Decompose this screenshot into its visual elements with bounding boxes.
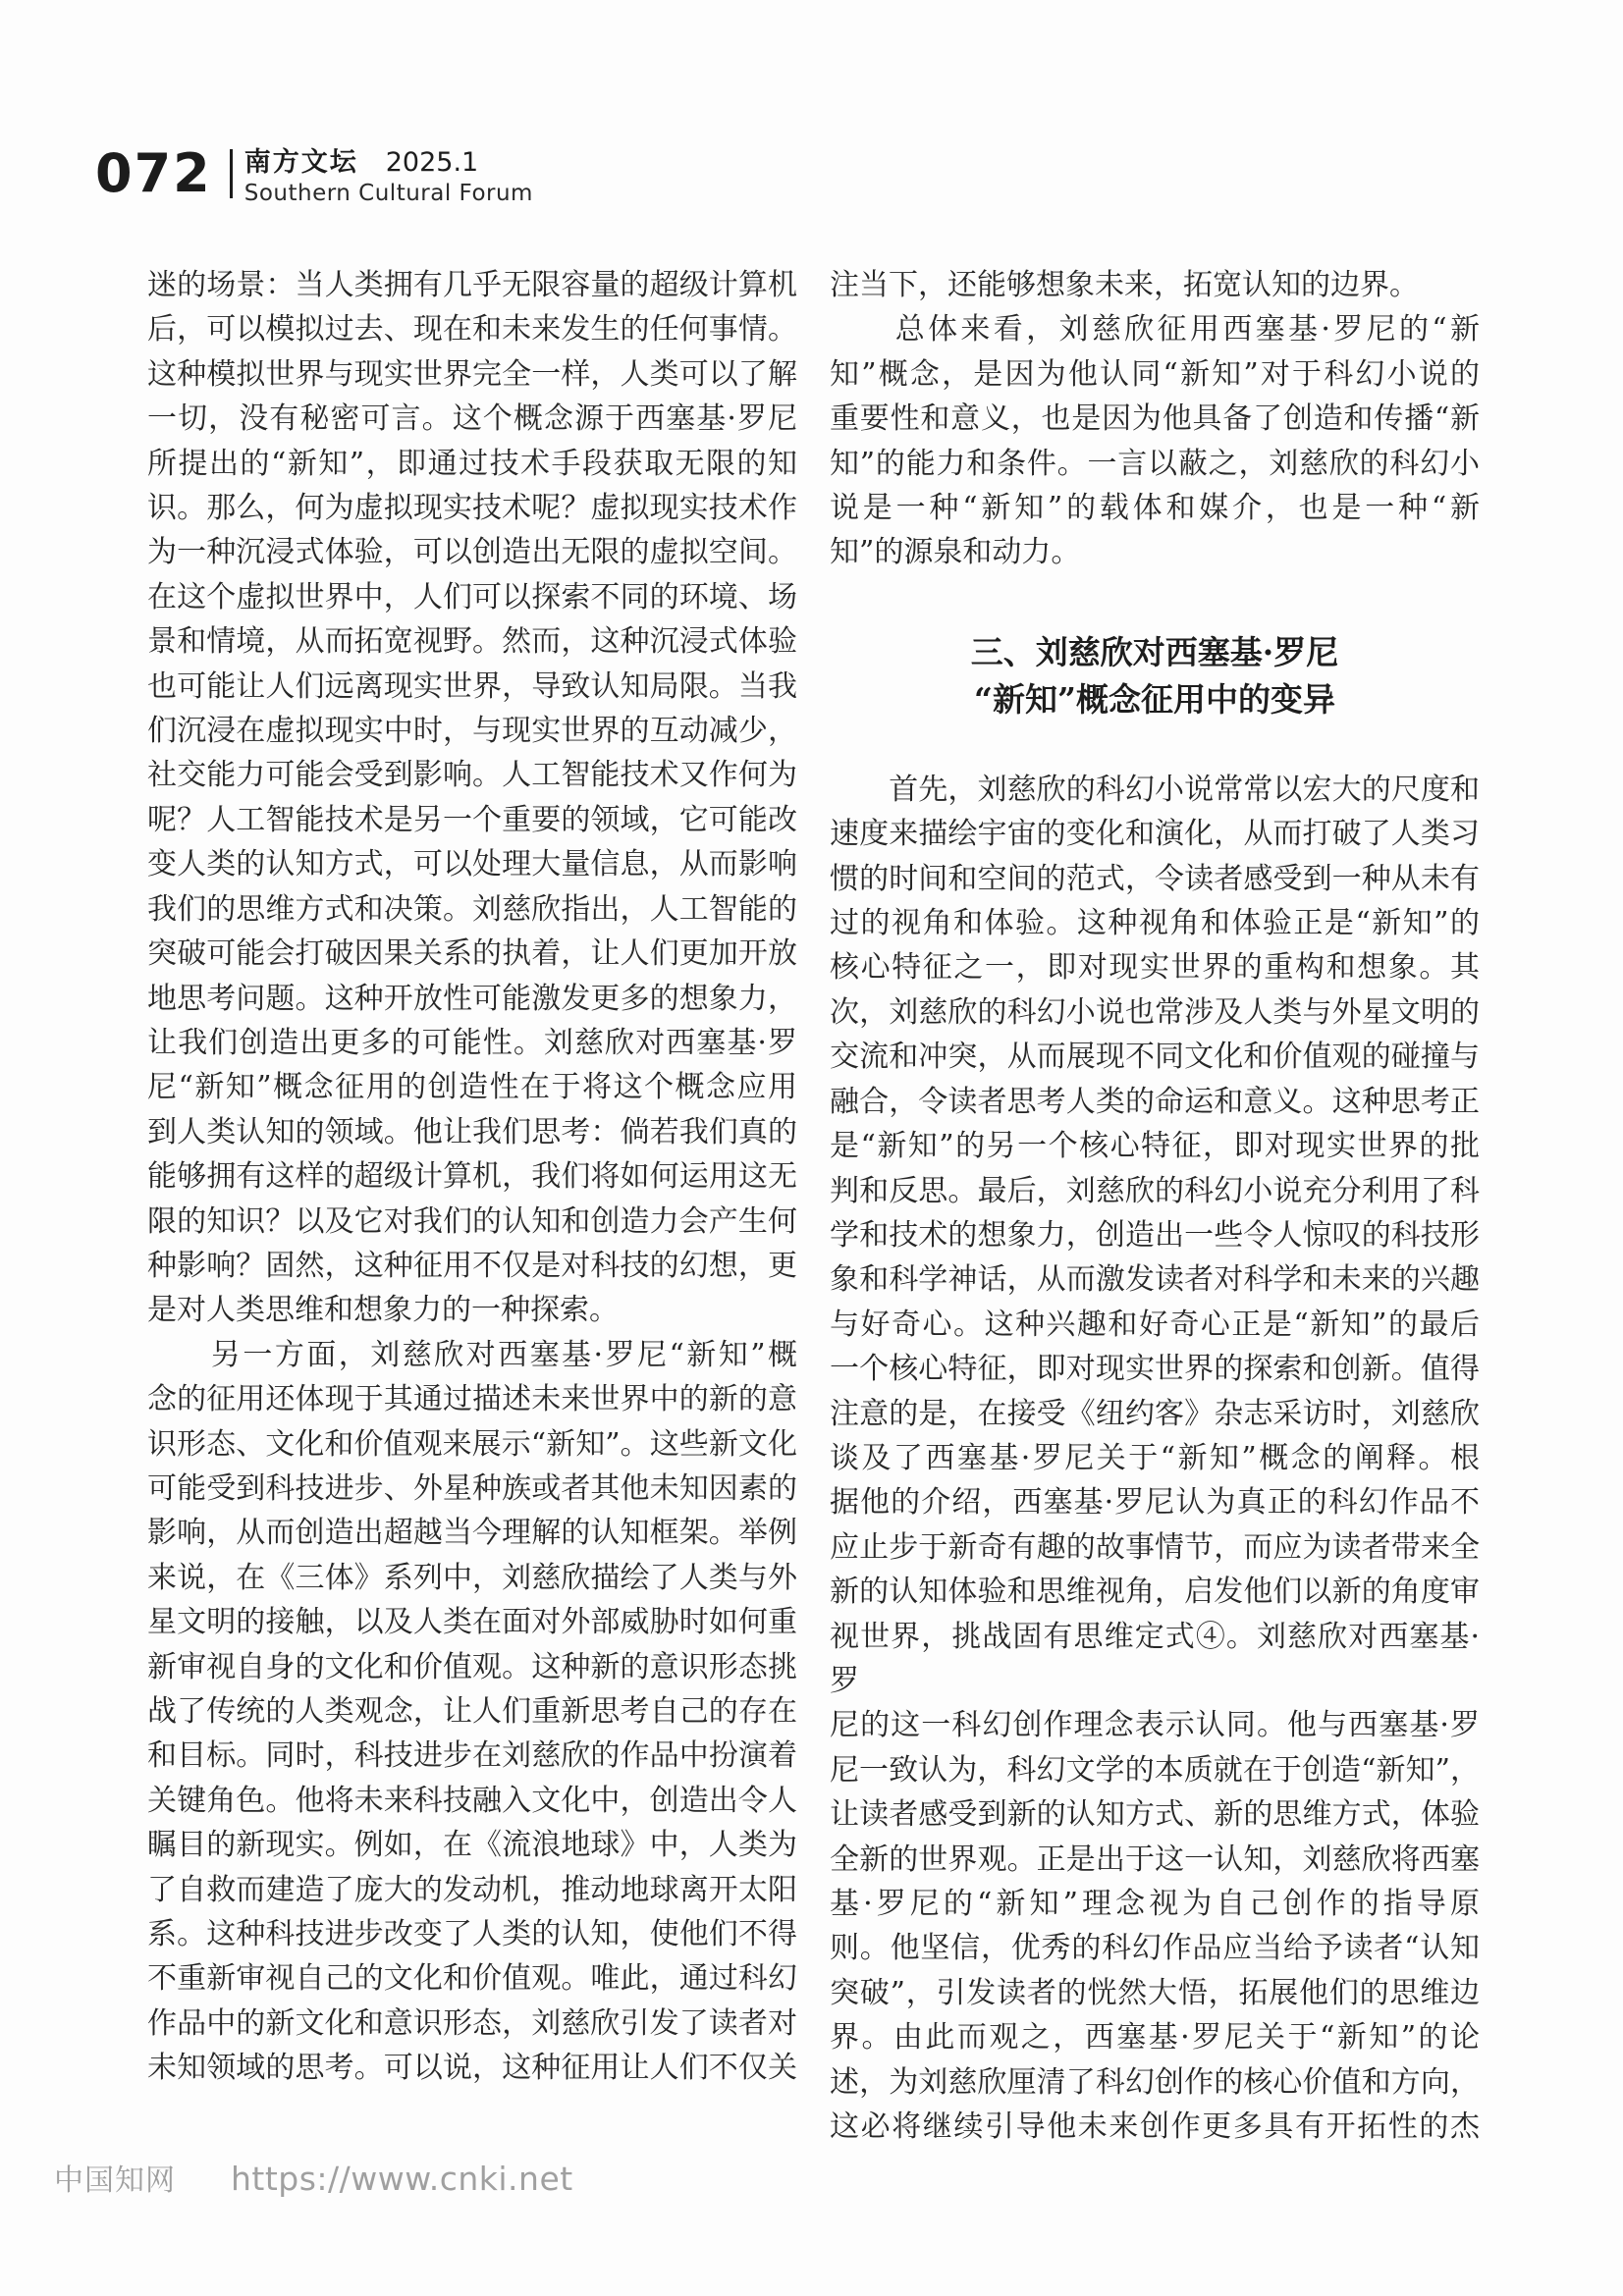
text-line: 则。他坚信，优秀的科幻作品应当给予读者“认知	[830, 1926, 1480, 1970]
text-line: 这种模拟世界与现实世界完全一样，人类可以了解	[147, 352, 797, 397]
text-line: 过的视角和体验。这种视角和体验正是“新知”的	[830, 901, 1480, 945]
text-line: 突破”，引发读者的恍然大悟，拓展他们的思维边	[830, 1971, 1480, 2015]
text-line: 我们的思维方式和决策。刘慈欣指出，人工智能的	[147, 887, 797, 932]
cnki-site-name: 中国知网	[54, 2156, 176, 2199]
page-number: 072	[95, 147, 212, 200]
right-column: 注当下，还能够想象未来，拓宽认知的边界。 总体来看，刘慈欣征用西塞基·罗尼的“新…	[830, 263, 1480, 2149]
text-line: 视世界，挑战固有思维定式④。刘慈欣对西塞基·罗	[830, 1615, 1480, 1704]
left-column: 迷的场景：当人类拥有几乎无限容量的超级计算机后，可以模拟过去、现在和未来发生的任…	[147, 263, 797, 2149]
text-line: 限的知识？以及它对我们的认知和创造力会产生何	[147, 1200, 797, 1244]
journal-issue: 2025.1	[386, 147, 478, 178]
journal-title-block: 南方文坛 2025.1 Southern Cultural Forum	[244, 140, 533, 206]
text-line: 识。那么，何为虚拟现实技术呢？虚拟现实技术作	[147, 486, 797, 530]
text-line: 后，可以模拟过去、现在和未来发生的任何事情。	[147, 307, 797, 351]
text-line: 知”的能力和条件。一言以蔽之，刘慈欣的科幻小	[830, 442, 1480, 486]
text-line: 不重新审视自己的文化和价值观。唯此，通过科幻	[147, 1956, 797, 2001]
text-line: 尼“新知”概念征用的创造性在于将这个概念应用	[147, 1065, 797, 1109]
text-line: 景和情境，从而拓宽视野。然而，这种沉浸式体验	[147, 619, 797, 664]
text-line: 注当下，还能够想象未来，拓宽认知的边界。	[830, 263, 1480, 307]
text-line: 和目标。同时，科技进步在刘慈欣的作品中扮演着	[147, 1734, 797, 1778]
text-line: 与好奇心。这种兴趣和好奇心正是“新知”的最后	[830, 1303, 1480, 1347]
text-line: 影响，从而创造出超越当今理解的认知框架。举例	[147, 1511, 797, 1555]
text-line: 突破可能会打破因果关系的执着，让人们更加开放	[147, 932, 797, 976]
text-line: 让我们创造出更多的可能性。刘慈欣对西塞基·罗	[147, 1021, 797, 1065]
section-heading-line-2: “新知”概念征用中的变异	[830, 676, 1480, 723]
text-line: 在这个虚拟世界中，人们可以探索不同的环境、场	[147, 575, 797, 619]
text-line: 融合，令读者思考人类的命运和意义。这种思考正	[830, 1080, 1480, 1124]
header-divider	[230, 149, 233, 198]
text-line: 谈及了西塞基·罗尼关于“新知”概念的阐释。根	[830, 1436, 1480, 1480]
body-columns: 迷的场景：当人类拥有几乎无限容量的超级计算机后，可以模拟过去、现在和未来发生的任…	[147, 263, 1480, 2149]
text-line: 念的征用还体现于其通过描述未来世界中的新的意	[147, 1377, 797, 1421]
text-line: 象和科学神话，从而激发读者对科学和未来的兴趣	[830, 1257, 1480, 1302]
text-line: 界。由此而观之，西塞基·罗尼关于“新知”的论	[830, 2015, 1480, 2059]
text-line: 了自救而建造了庞大的发动机，推动地球离开太阳	[147, 1868, 797, 1912]
text-line: 注意的是，在接受《纽约客》杂志采访时，刘慈欣	[830, 1392, 1480, 1436]
text-line: 交流和冲突，从而展现不同文化和价值观的碰撞与	[830, 1035, 1480, 1079]
text-line: 全新的世界观。正是出于这一认知，刘慈欣将西塞	[830, 1838, 1480, 1882]
text-line: 应止步于新奇有趣的故事情节，而应为读者带来全	[830, 1525, 1480, 1570]
text-line: 判和反思。最后，刘慈欣的科幻小说充分利用了科	[830, 1169, 1480, 1213]
journal-name-en: Southern Cultural Forum	[244, 181, 533, 206]
text-line: 新审视自身的文化和价值观。这种新的意识形态挑	[147, 1645, 797, 1689]
text-line: 瞩目的新现实。例如，在《流浪地球》中，人类为	[147, 1823, 797, 1867]
text-line: 作品中的新文化和意识形态，刘慈欣引发了读者对	[147, 2002, 797, 2046]
text-line: 星文明的接触，以及人类在面对外部威胁时如何重	[147, 1600, 797, 1644]
text-line: 重要性和意义，也是因为他具备了创造和传播“新	[830, 397, 1480, 441]
text-line: 地思考问题。这种开放性可能激发更多的想象力，	[147, 977, 797, 1021]
text-line: 能够拥有这样的超级计算机，我们将如何运用这无	[147, 1154, 797, 1199]
text-line: 识形态、文化和价值观来展示“新知”。这些新文化	[147, 1422, 797, 1467]
text-line: 关键角色。他将未来科技融入文化中，创造出令人	[147, 1779, 797, 1823]
right-column-bottom: 首先，刘慈欣的科幻小说常常以宏大的尺度和速度来描绘宇宙的变化和演化，从而打破了人…	[830, 768, 1480, 2150]
text-line: 来说，在《三体》系列中，刘慈欣描绘了人类与外	[147, 1556, 797, 1600]
text-line: 们沉浸在虚拟现实中时，与现实世界的互动减少，	[147, 709, 797, 753]
text-line: 可能受到科技进步、外星种族或者其他未知因素的	[147, 1467, 797, 1511]
section-heading-line-1: 三、刘慈欣对西塞基·罗尼	[830, 629, 1480, 676]
text-line: 社交能力可能会受到影响。人工智能技术又作何为	[147, 753, 797, 797]
text-line: 未知领域的思考。可以说，这种征用让人们不仅关	[147, 2046, 797, 2090]
text-line: 尼一致认为，科幻文学的本质就在于创造“新知”，	[830, 1748, 1480, 1792]
text-line: 系。这种科技进步改变了人类的认知，使他们不得	[147, 1912, 797, 1956]
text-line: 次，刘慈欣的科幻小说也常涉及人类与外星文明的	[830, 990, 1480, 1035]
text-line: 据他的介绍，西塞基·罗尼认为真正的科幻作品不	[830, 1480, 1480, 1524]
text-line: 说是一种“新知”的载体和媒介，也是一种“新	[830, 486, 1480, 530]
text-line: 是对人类思维和想象力的一种探索。	[147, 1288, 797, 1332]
text-line: 战了传统的人类观念，让人们重新思考自己的存在	[147, 1689, 797, 1734]
text-line: 让读者感受到新的认知方式、新的思维方式，体验	[830, 1792, 1480, 1837]
text-line: 是“新知”的另一个核心特征，即对现实世界的批	[830, 1124, 1480, 1168]
text-line: 总体来看，刘慈欣征用西塞基·罗尼的“新	[830, 307, 1480, 351]
text-line: 迷的场景：当人类拥有几乎无限容量的超级计算机	[147, 263, 797, 307]
text-line: 基·罗尼的“新知”理念视为自己创作的指导原	[830, 1882, 1480, 1926]
text-line: 一切，没有秘密可言。这个概念源于西塞基·罗尼	[147, 397, 797, 441]
text-line: 种影响？固然，这种征用不仅是对科技的幻想，更	[147, 1244, 797, 1288]
journal-page: 072 南方文坛 2025.1 Southern Cultural Forum …	[0, 0, 1623, 2296]
section-heading: 三、刘慈欣对西塞基·罗尼 “新知”概念征用中的变异	[830, 629, 1480, 723]
text-line: 这必将继续引导他未来创作更多具有开拓性的杰	[830, 2105, 1480, 2149]
text-line: 呢？人工智能技术是另一个重要的领域，它可能改	[147, 798, 797, 842]
text-line: 尼的这一科幻创作理念表示认同。他与西塞基·罗	[830, 1703, 1480, 1747]
text-line: 核心特征之一，即对现实世界的重构和想象。其	[830, 945, 1480, 989]
text-line: 变人类的认知方式，可以处理大量信息，从而影响	[147, 842, 797, 886]
cnki-footer: 中国知网 https://www.cnki.net	[54, 2156, 573, 2199]
text-line: 为一种沉浸式体验，可以创造出无限的虚拟空间。	[147, 530, 797, 574]
right-column-top: 注当下，还能够想象未来，拓宽认知的边界。 总体来看，刘慈欣征用西塞基·罗尼的“新…	[830, 263, 1480, 575]
text-line: 惯的时间和空间的范式，令读者感受到一种从未有	[830, 857, 1480, 901]
text-line: 知”的源泉和动力。	[830, 530, 1480, 574]
text-line: 知”概念，是因为他认同“新知”对于科幻小说的	[830, 352, 1480, 397]
text-line: 也可能让人们远离现实世界，导致认知局限。当我	[147, 665, 797, 709]
cnki-url: https://www.cnki.net	[231, 2160, 573, 2198]
text-line: 所提出的“新知”，即通过技术手段获取无限的知	[147, 442, 797, 486]
text-line: 新的认知体验和思维视角，启发他们以新的角度审	[830, 1570, 1480, 1614]
text-line: 一个核心特征，即对现实世界的探索和创新。值得	[830, 1347, 1480, 1391]
page-header: 072 南方文坛 2025.1 Southern Cultural Forum	[95, 140, 533, 206]
text-line: 速度来描绘宇宙的变化和演化，从而打破了人类习	[830, 812, 1480, 856]
text-line: 学和技术的想象力，创造出一些令人惊叹的科技形	[830, 1213, 1480, 1257]
text-line: 述，为刘慈欣厘清了科幻创作的核心价值和方向，	[830, 2060, 1480, 2105]
text-line: 到人类认知的领域。他让我们思考：倘若我们真的	[147, 1110, 797, 1154]
text-line: 首先，刘慈欣的科幻小说常常以宏大的尺度和	[830, 768, 1480, 812]
journal-name-cn: 南方文坛	[244, 140, 358, 179]
text-line: 另一方面，刘慈欣对西塞基·罗尼“新知”概	[147, 1333, 797, 1377]
